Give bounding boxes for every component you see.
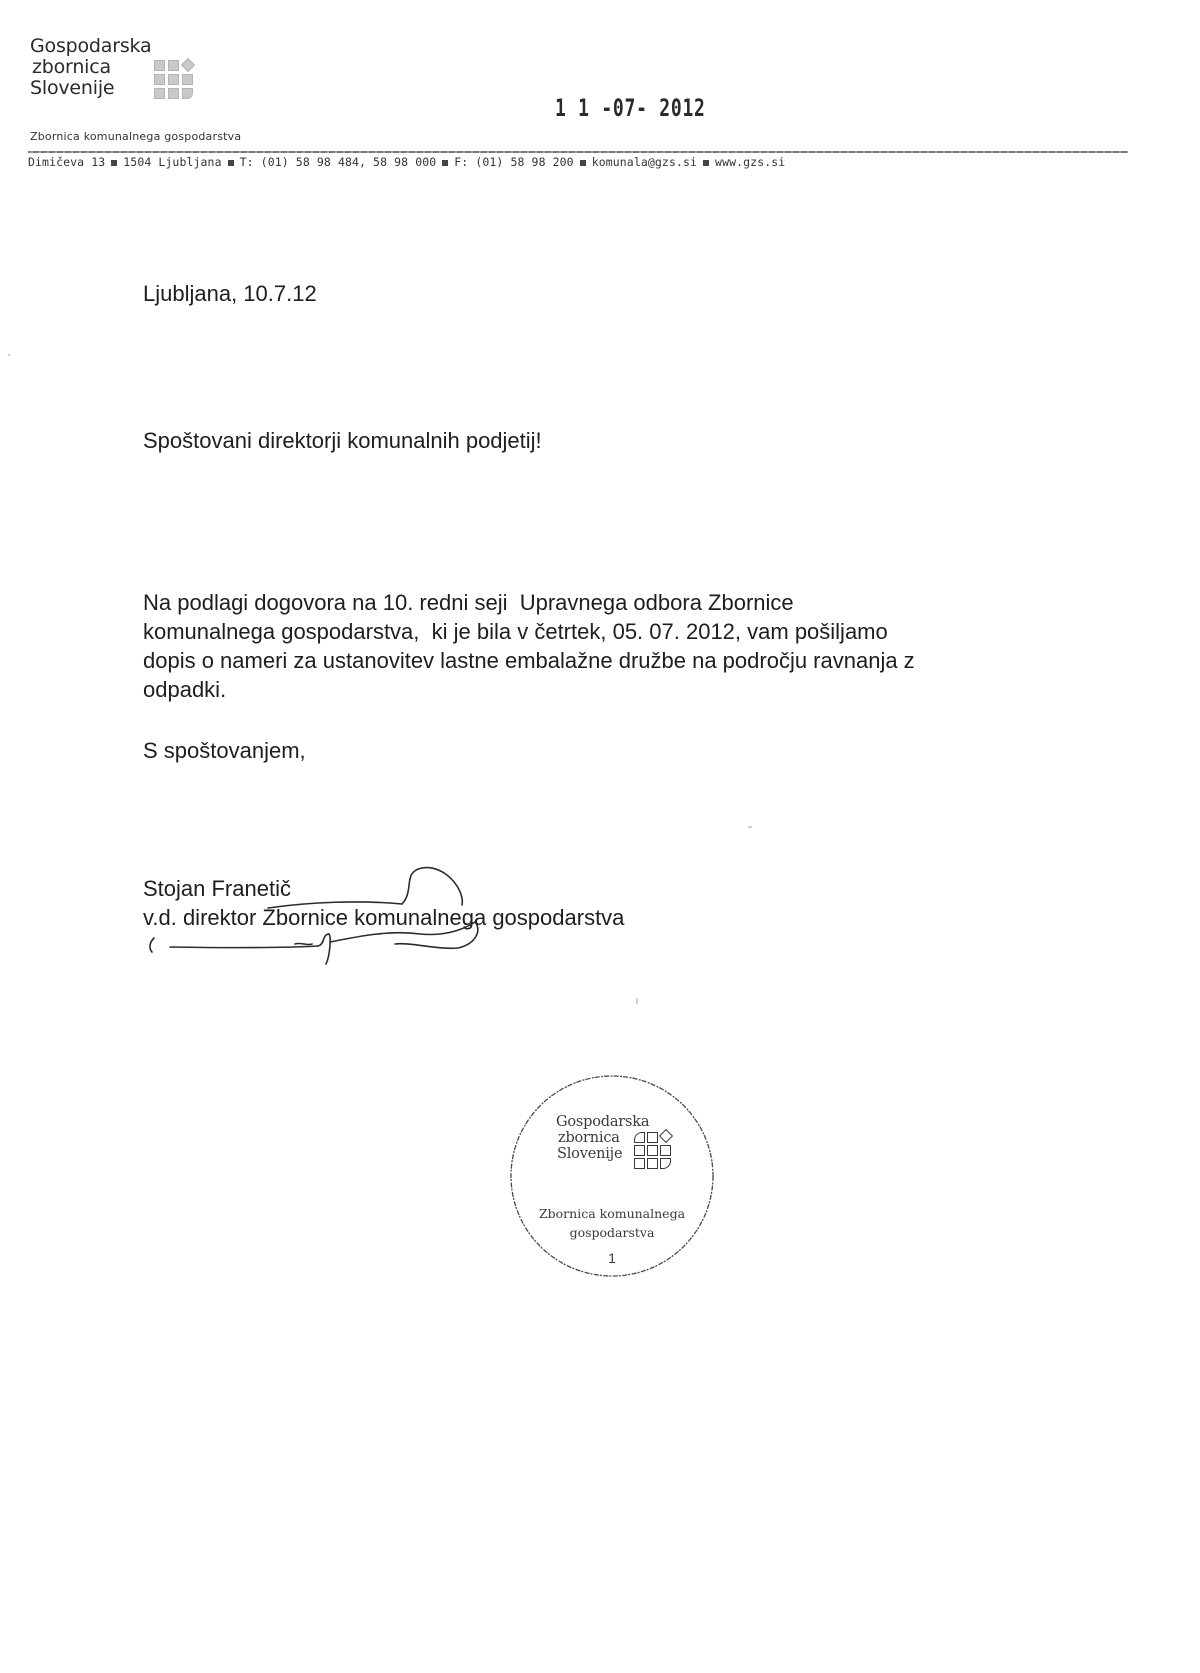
separator-bullet-icon bbox=[442, 160, 448, 166]
organization-name: Gospodarska zbornica Slovenije bbox=[30, 36, 151, 99]
separator-bullet-icon bbox=[703, 160, 709, 166]
place-and-date: Ljubljana, 10.7.12 bbox=[143, 279, 317, 308]
body-paragraph: Na podlagi dogovora na 10. redni seji Up… bbox=[143, 588, 915, 704]
contact-website[interactable]: www.gzs.si bbox=[715, 155, 785, 169]
org-name-line-3: Slovenije bbox=[30, 78, 151, 99]
stamp-dept-line-1: Zbornica komunalnega bbox=[506, 1204, 718, 1223]
salutation: Spoštovani direktorji komunalnih podjeti… bbox=[143, 426, 542, 455]
stamp-org-line-1: Gospodarska bbox=[556, 1114, 649, 1130]
official-round-stamp-icon: Gospodarska zbornica Slovenije Zbornica … bbox=[506, 1070, 718, 1282]
stamp-logo-grid-icon bbox=[634, 1132, 684, 1180]
org-name-line-2: zbornica bbox=[30, 57, 151, 78]
separator-bullet-icon bbox=[111, 160, 117, 166]
scan-speck bbox=[8, 354, 10, 356]
stamp-dept-line-2: gospodarstva bbox=[506, 1223, 718, 1242]
separator-bullet-icon bbox=[580, 160, 586, 166]
signer-name: Stojan Franetič bbox=[143, 874, 291, 903]
header-divider bbox=[28, 151, 1128, 153]
body-line: dopis o nameri za ustanovitev lastne emb… bbox=[143, 646, 915, 675]
closing: S spoštovanjem, bbox=[143, 736, 306, 765]
body-line: Na podlagi dogovora na 10. redni seji Up… bbox=[143, 588, 915, 617]
contact-address: Dimičeva 13 bbox=[28, 155, 105, 169]
contact-postal: 1504 Ljubljana bbox=[123, 155, 221, 169]
org-name-line-1: Gospodarska bbox=[30, 36, 151, 57]
body-line: komunalnega gospodarstva, ki je bila v č… bbox=[143, 617, 915, 646]
separator-bullet-icon bbox=[228, 160, 234, 166]
scan-speck bbox=[636, 998, 638, 1004]
stamp-department-name: Zbornica komunalnega gospodarstva bbox=[506, 1204, 718, 1242]
contact-fax: F: (01) 58 98 200 bbox=[454, 155, 573, 169]
contact-phone: T: (01) 58 98 484, 58 98 000 bbox=[240, 155, 437, 169]
stamp-number: 1 bbox=[506, 1250, 718, 1266]
department-name: Zbornica komunalnega gospodarstva bbox=[30, 130, 241, 143]
body-line: odpadki. bbox=[143, 675, 915, 704]
contact-email[interactable]: komunala@gzs.si bbox=[592, 155, 697, 169]
organization-logo: Gospodarska zbornica Slovenije bbox=[30, 36, 151, 99]
scan-speck bbox=[748, 826, 752, 828]
signer-title: v.d. direktor Zbornice komunalnega gospo… bbox=[143, 903, 624, 932]
gzs-logo-grid-icon bbox=[154, 60, 200, 106]
contact-info-line: Dimičeva 131504 LjubljanaT: (01) 58 98 4… bbox=[28, 155, 785, 169]
received-date-stamp: 1 1 -07- 2012 bbox=[555, 94, 706, 122]
